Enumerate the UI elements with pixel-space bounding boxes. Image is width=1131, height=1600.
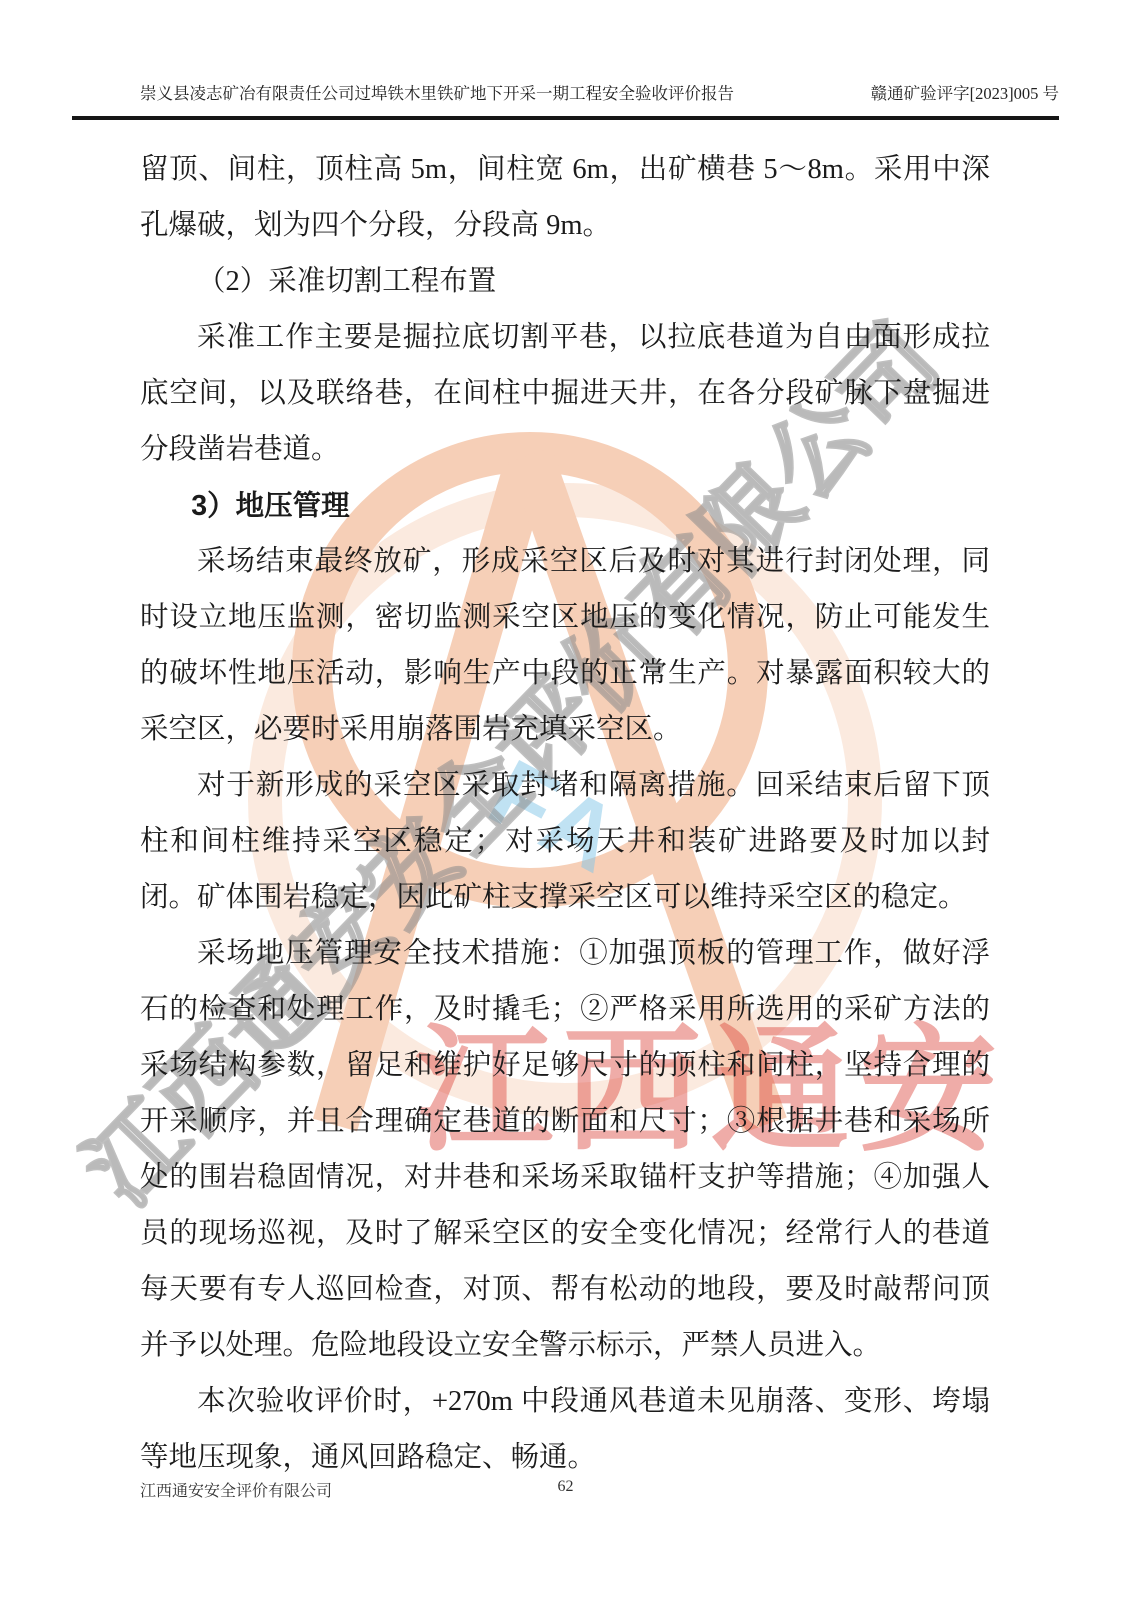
header-rule [72, 116, 1059, 120]
body-paragraph: 本次验收评价时，+270m 中段通风巷道未见崩落、变形、垮塌等地压现象，通风回路… [140, 1374, 990, 1486]
body-paragraph: 采场地压管理安全技术措施：①加强顶板的管理工作，做好浮石的检查和处理工作，及时撬… [140, 926, 990, 1374]
page-header: 崇义县凌志矿冶有限责任公司过埠铁木里铁矿地下开采一期工程安全验收评价报告 赣通矿… [140, 82, 1059, 105]
document-content: 崇义县凌志矿冶有限责任公司过埠铁木里铁矿地下开采一期工程安全验收评价报告 赣通矿… [0, 0, 1131, 1600]
body-paragraph: 对于新形成的采空区采取封堵和隔离措施。回采结束后留下顶柱和间柱维持采空区稳定；对… [140, 758, 990, 926]
body-paragraph: 采准工作主要是掘拉底切割平巷，以拉底巷道为自由面形成拉底空间，以及联络巷，在间柱… [140, 310, 990, 478]
body-paragraph: 采场结束最终放矿，形成采空区后及时对其进行封闭处理，同时设立地压监测，密切监测采… [140, 534, 990, 758]
report-title: 崇义县凌志矿冶有限责任公司过埠铁木里铁矿地下开采一期工程安全验收评价报告 [140, 82, 734, 105]
body-paragraph: 留顶、间柱，顶柱高 5m，间柱宽 6m，出矿横巷 5～8m。采用中深孔爆破，划为… [140, 142, 990, 254]
footer-page-number: 62 [558, 1478, 574, 1496]
section-heading: 3）地压管理 [140, 478, 990, 534]
sub-section-heading: （2）采准切割工程布置 [140, 254, 990, 310]
document-number: 赣通矿验评字[2023]005 号 [871, 82, 1059, 105]
body-text: 留顶、间柱，顶柱高 5m，间柱宽 6m，出矿横巷 5～8m。采用中深孔爆破，划为… [140, 142, 990, 1486]
document-page: FA 江西通安安全评价有限公司 江西通安 崇义县凌志矿冶有限责任公司过埠铁木里铁… [0, 0, 1131, 1600]
footer-company: 江西通安安全评价有限公司 [140, 1478, 332, 1501]
